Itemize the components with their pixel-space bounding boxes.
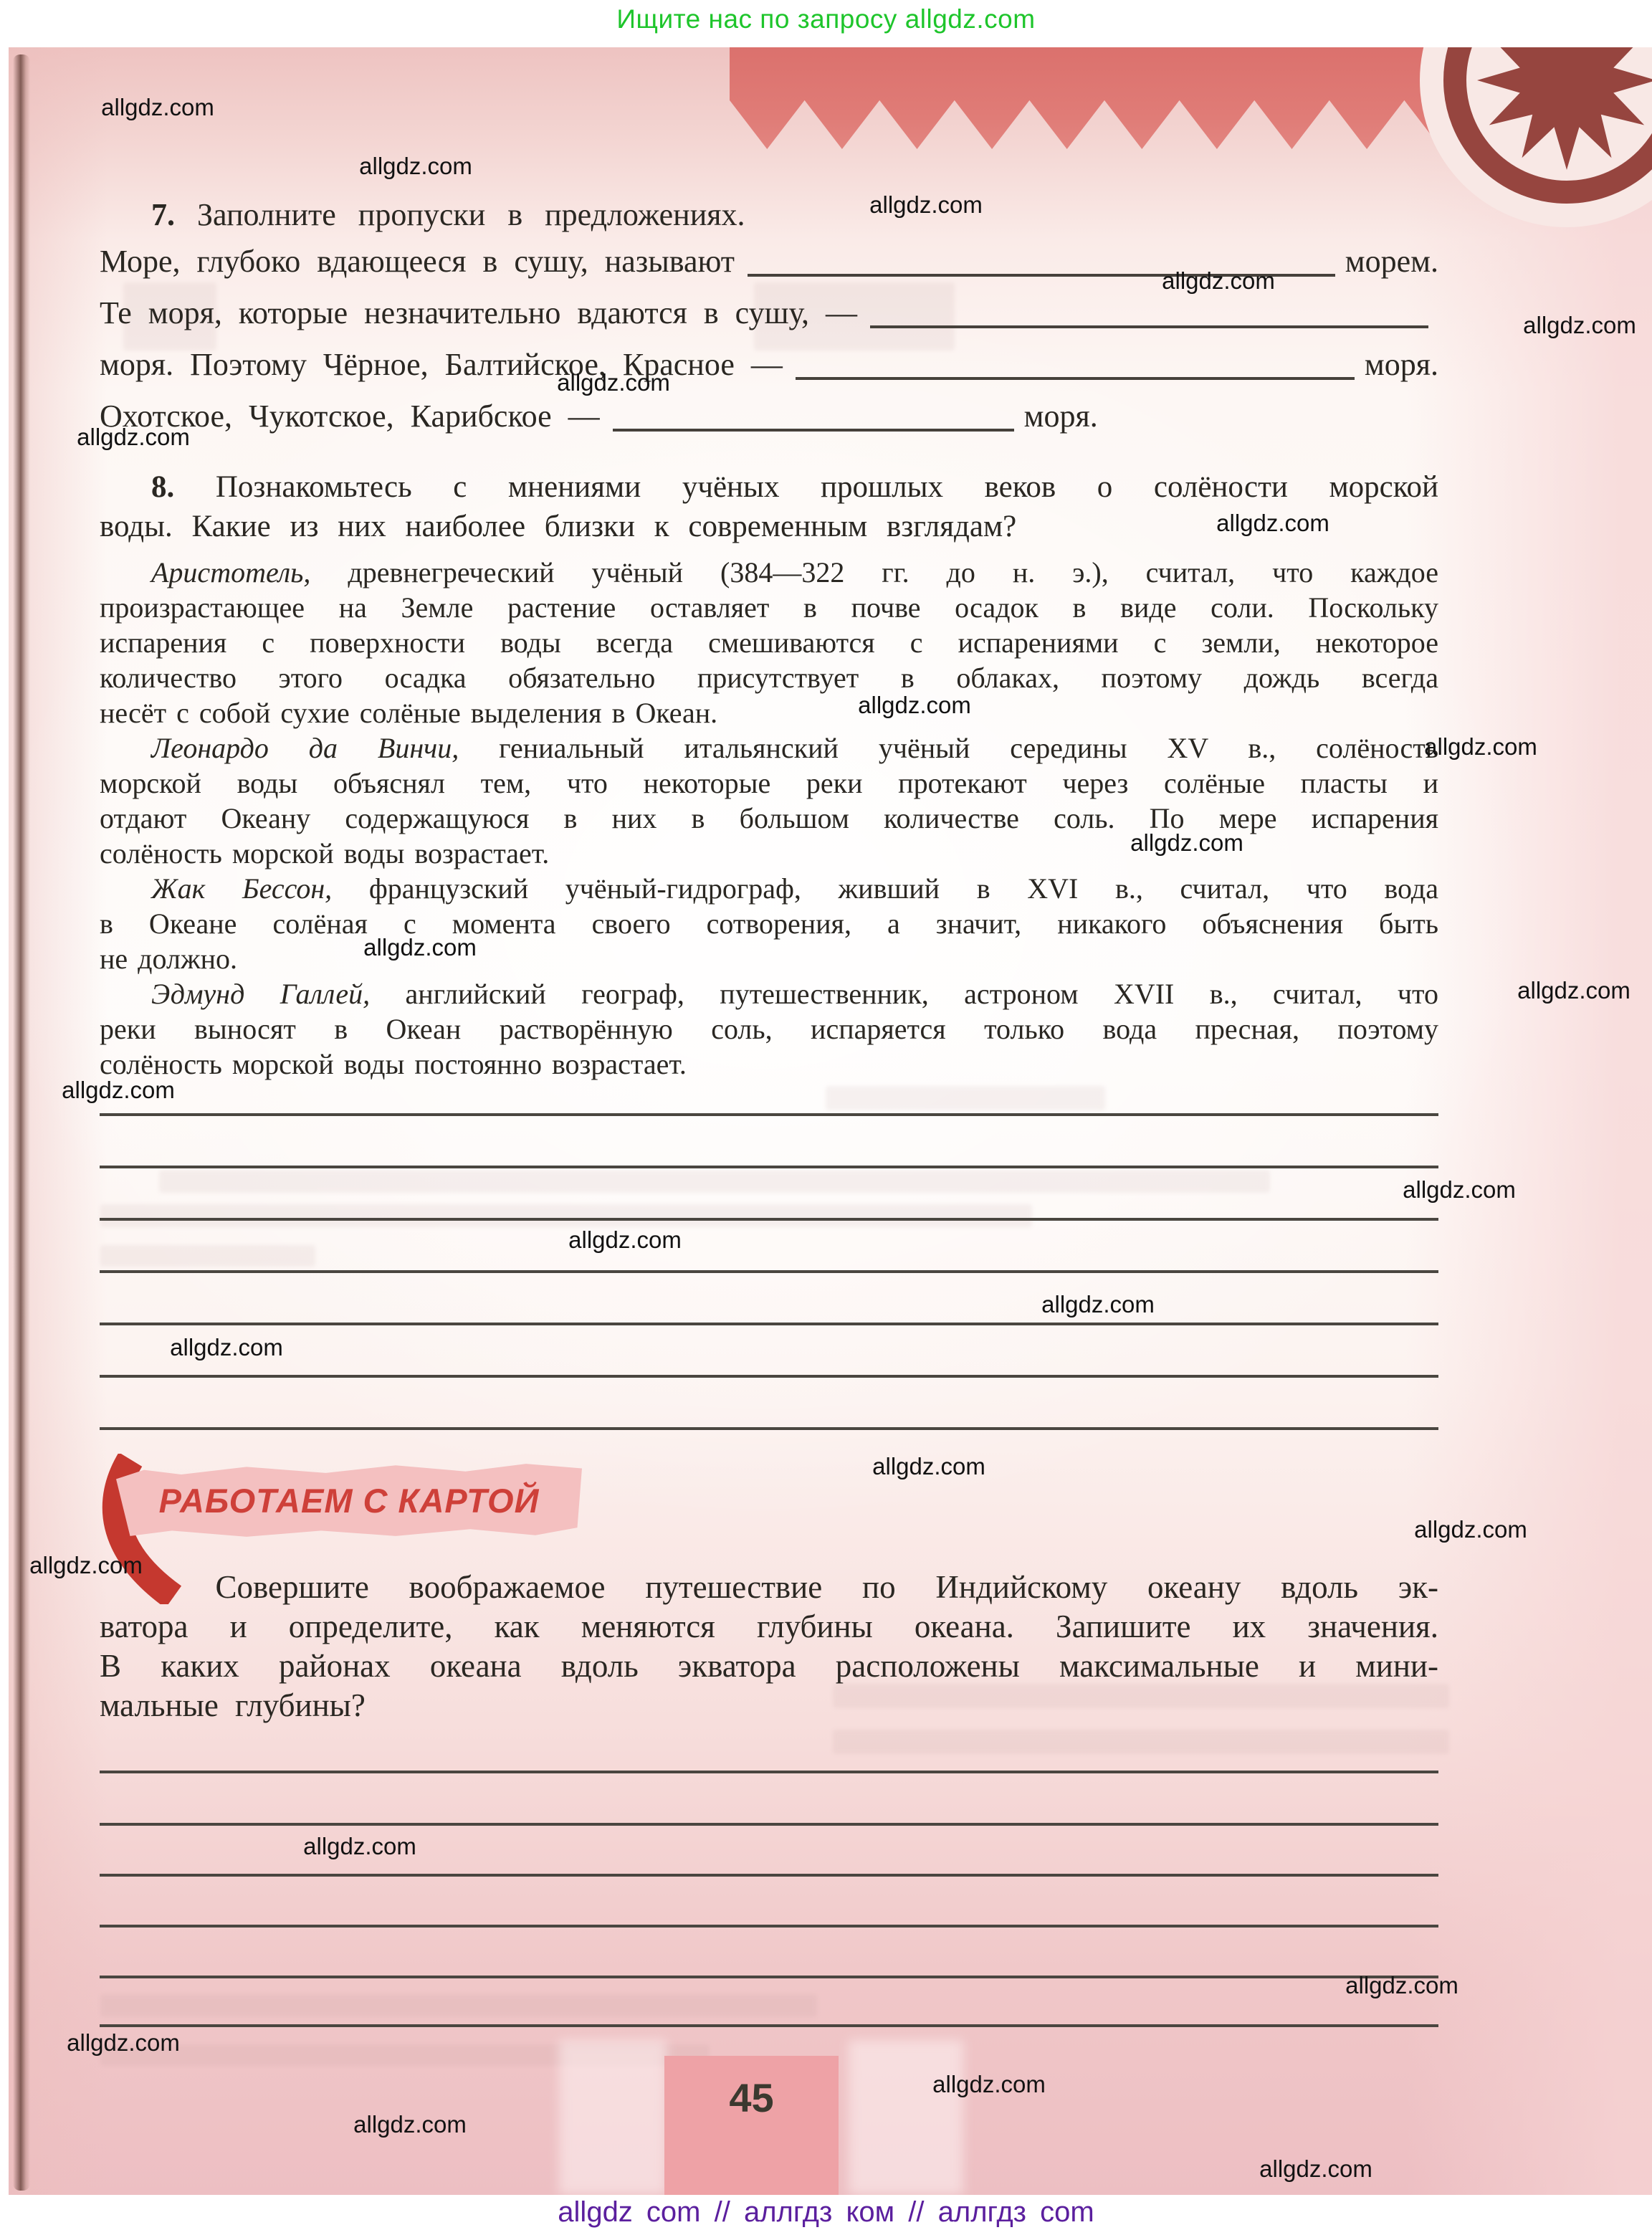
ruled-answer-line[interactable] [100,1166,1438,1168]
footer-strip: allgdz com // аллгдз ком // аллгдз com [0,2195,1652,2230]
task-9-line: В каких районах океана вдоль экватора ра… [100,1647,1438,1686]
watermark: allgdz.com [1517,977,1630,1004]
task-7-number: 7. [151,197,175,232]
watermark: allgdz.com [869,191,983,219]
paragraph-line: реки выносят в Океан растворённую соль, … [100,1011,1438,1047]
task-8-paragraphs: Аристотель, древнегреческий учёный (384—… [100,555,1438,1082]
ruled-answer-line[interactable] [100,1113,1438,1116]
paragraph-line: Леонардо да Винчи, гениальный итальянски… [100,730,1438,766]
watermark: allgdz.com [363,934,477,961]
watermark: allgdz.com [1041,1291,1155,1318]
answer-blank[interactable] [613,407,1014,432]
watermark: allgdz.com [932,2071,1046,2098]
ruled-answer-line[interactable] [100,1874,1438,1877]
watermark: allgdz.com [1130,829,1243,857]
zigzag-decoration [730,47,1479,149]
watermark: allgdz.com [62,1077,175,1104]
ruled-answer-line[interactable] [100,1823,1438,1826]
paragraph-line: не должно. [100,941,1438,976]
scientist-opinion-paragraph: Жак Бессон, французский учёный-гидрограф… [100,871,1438,976]
task-7-title: Заполните пропуски в предложениях. [197,197,745,232]
book-spine-shadow [13,54,30,2191]
paragraph-line: произрастающее на Земле растение оставля… [100,590,1438,625]
fill-blank-text: моря. Поэтому Чёрное, Балтийское, Красно… [100,343,783,387]
watermark: allgdz.com [1216,510,1329,537]
watermark: allgdz.com [170,1334,283,1361]
task-7-fill-blank-rows: Море, глубоко вдающееся в сушу, называют… [100,232,1438,439]
ruled-answer-line[interactable] [100,1375,1438,1378]
watermark: allgdz.com [353,2111,467,2138]
watermark: allgdz.com [303,1833,416,1860]
print-bleedthrough [833,1730,1449,1754]
ruled-answer-line[interactable] [100,1218,1438,1221]
task-9-text: 9. Совершите воображаемое путешествие по… [100,1568,1438,1725]
paragraph-line: несёт с собой сухие солёные выделения в … [100,695,1438,730]
ruled-answer-line[interactable] [100,1976,1438,1978]
print-bleedthrough [159,1170,1270,1193]
ruled-answer-line[interactable] [100,2024,1438,2027]
paragraph-line: количество этого осадка обязательно прис… [100,660,1438,695]
print-bleedthrough [100,1245,315,1267]
ruled-answer-line[interactable] [100,1270,1438,1273]
task-9-line: 9. Совершите воображаемое путешествие по… [100,1568,1438,1607]
watermark: allgdz.com [1403,1176,1516,1204]
watermark: allgdz.com [77,424,190,451]
answer-blank[interactable] [870,304,1428,328]
scan-light-band [559,2040,667,2195]
watermark: allgdz.com [1424,733,1537,761]
task-9-line: ватора и определите, как меняются глубин… [100,1607,1438,1647]
footer-watermark: allgdz com // аллгдз ком // аллгдз com [558,2196,1094,2229]
fill-blank-text: моря. [1365,343,1438,387]
fill-blank-text: морем. [1345,239,1438,284]
watermark: allgdz.com [359,153,472,180]
scientist-opinion-paragraph: Эдмунд Галлей, английский географ, путеш… [100,976,1438,1082]
watermark: allgdz.com [568,1226,682,1254]
page-number-tab: 45 [664,2056,839,2195]
task-7-heading: 7. Заполните пропуски в предложениях. [100,194,1438,237]
task-8-heading-line: 8. Познакомьтесь с мнениями учёных прошл… [100,467,1438,507]
watermark: allgdz.com [557,369,670,396]
page-number: 45 [729,2074,773,2121]
ruled-answer-line[interactable] [100,1323,1438,1325]
paragraph-line: солёность морской воды постоянно возраст… [100,1047,1438,1082]
watermark: allgdz.com [858,692,971,719]
ruled-answer-line[interactable] [100,1427,1438,1430]
scientist-opinion-paragraph: Аристотель, древнегреческий учёный (384—… [100,555,1438,730]
watermark: allgdz.com [67,2029,180,2057]
paragraph-line: морской воды объяснял тем, что некоторые… [100,766,1438,801]
fill-blank-text: Те моря, которые незначительно вдаются в… [100,291,857,335]
paragraph-line: испарения с поверхности воды всегда смеш… [100,625,1438,660]
print-bleedthrough [100,1994,817,2017]
task-9-line: мальные глубины? [100,1686,1438,1725]
answer-blank[interactable] [796,356,1355,380]
watermark: allgdz.com [872,1453,985,1480]
paragraph-line: в Океане солёная с момента своего сотвор… [100,906,1438,941]
watermark: allgdz.com [1345,1972,1458,1999]
watermark: allgdz.com [1259,2155,1372,2183]
site-promo-header: Ищите нас по запросу allgdz.com [0,4,1652,34]
watermark: allgdz.com [29,1552,143,1579]
watermark: allgdz.com [101,94,214,121]
paragraph-line: Аристотель, древнегреческий учёный (384—… [100,555,1438,590]
print-bleedthrough [826,1086,1105,1110]
scan-light-band [849,2040,963,2195]
fill-blank-text: Море, глубоко вдающееся в сушу, называют [100,239,735,284]
watermark: allgdz.com [1523,312,1636,339]
paragraph-line: Эдмунд Галлей, английский географ, путеш… [100,976,1438,1011]
watermark: allgdz.com [1414,1516,1527,1543]
paragraph-line: Жак Бессон, французский учёный-гидрограф… [100,871,1438,906]
banner-title: РАБОТАЕМ С КАРТОЙ [159,1481,540,1520]
fill-blank-row: Охотское, Чукотское, Карибское —моря. [100,387,1438,439]
ruled-answer-line[interactable] [100,1925,1438,1928]
watermark: allgdz.com [1162,267,1275,295]
fill-blank-text: моря. [1024,394,1098,439]
ruled-answer-line[interactable] [100,1771,1438,1773]
workbook-page: 7. Заполните пропуски в предложениях. Мо… [9,47,1652,2195]
fill-blank-row: моря. Поэтому Чёрное, Балтийское, Красно… [100,335,1438,387]
print-bleedthrough [100,1204,1032,1227]
